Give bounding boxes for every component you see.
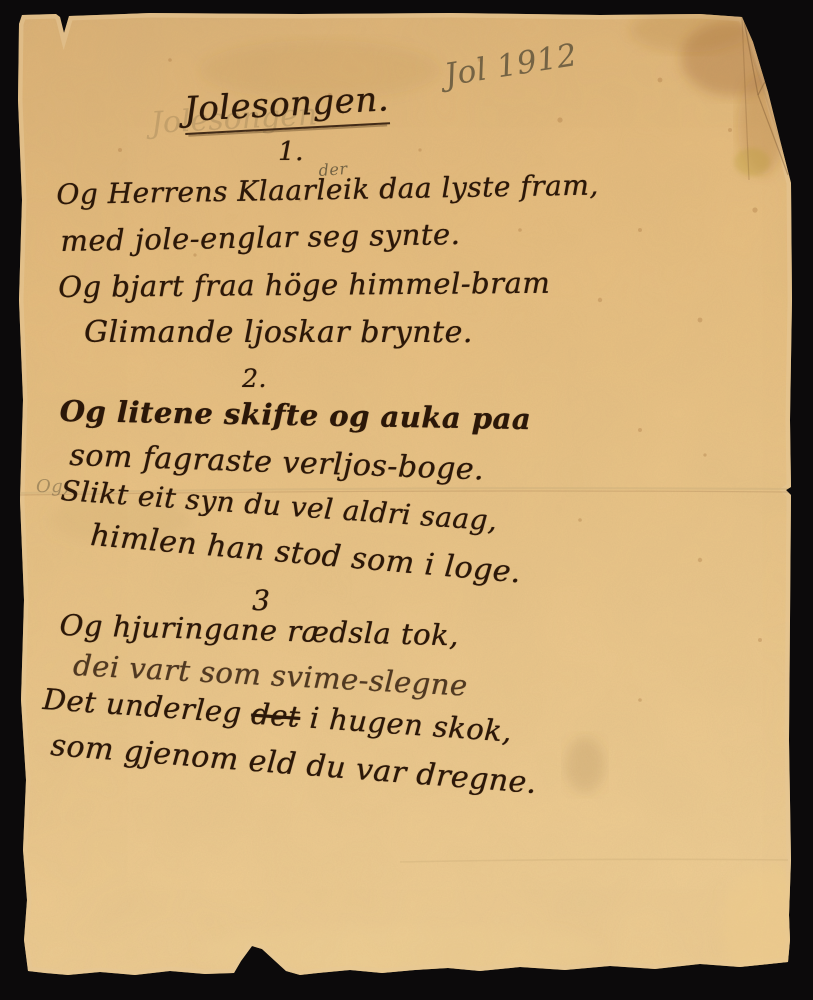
poem-line: Og bjart fraa höge himmel-bram xyxy=(58,266,550,304)
stanza-number: 1. xyxy=(278,137,304,167)
stanza-number: 2. xyxy=(242,364,267,393)
poem-line: Glimande ljoskar brynte. xyxy=(84,315,473,350)
manuscript-scene: Jol 1912 Jolesongen Jolesongen. 1. der O… xyxy=(0,0,813,1000)
poem-line: med jole-englar seg synte. xyxy=(60,217,461,258)
struck-word: det xyxy=(250,697,301,734)
stanza-number: 3 xyxy=(252,584,270,617)
